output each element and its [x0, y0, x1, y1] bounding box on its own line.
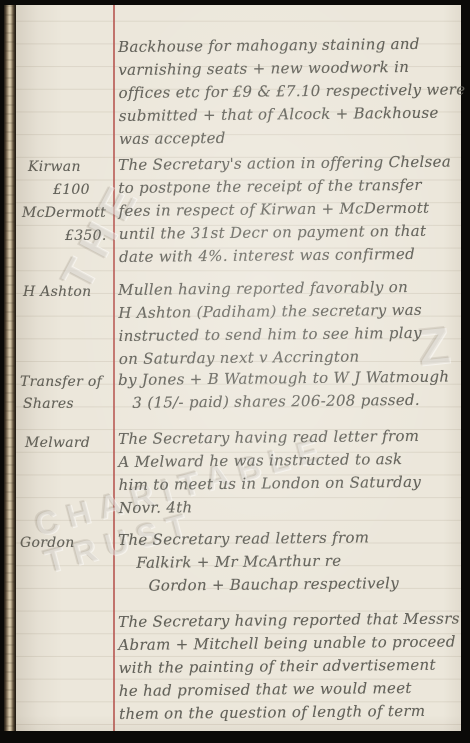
minute-line: A Melward he was instructed to ask [118, 448, 421, 474]
margin-note-kirwan: Kirwan [28, 157, 81, 177]
minute-line: by Jones + B Watmough to W J Watmough [118, 366, 449, 392]
minute-line: Novr. 4th [119, 494, 422, 520]
minute-entry-h-ashton: Mullen having reported favorably on H As… [118, 276, 423, 371]
margin-note-kirwan-amount: £100 [53, 180, 90, 200]
minute-book-page: THE CHARITABLE TRUST Z Kirwan £100 McDer… [16, 5, 461, 731]
minute-entry-kirwan-mcdermott: The Secretary's action in offering Chels… [118, 151, 452, 269]
minute-line: was accepted [119, 124, 466, 151]
minute-line: fees in respect of Kirwan + McDermott [118, 197, 451, 223]
margin-note-h-ashton: H Ashton [23, 282, 91, 302]
minute-entry-abram-mitchell: The Secretary having reported that Messr… [118, 607, 461, 726]
minute-line: The Secretary's action in offering Chels… [118, 151, 451, 177]
margin-note-melward: Melward [25, 433, 90, 453]
book-page-edges [4, 5, 16, 731]
minute-line: to postpone the receipt of the transfer [118, 174, 451, 200]
margin-note-transfer-of: Transfer of [20, 372, 102, 392]
minute-line: Gordon + Bauchap respectively [148, 572, 399, 598]
margin-note-gordon: Gordon [20, 533, 75, 553]
minute-line: Falkirk + Mr McArthur re [136, 549, 399, 575]
red-margin-rule [113, 5, 115, 731]
minute-line: Mullen having reported favorably on [118, 276, 422, 302]
minute-line: date with 4%. interest was confirmed [119, 243, 452, 269]
margin-note-shares: Shares [23, 394, 74, 414]
minute-entry-gordon: The Secretary read letters from Falkirk … [118, 526, 399, 598]
minute-line: them on the question of length of term [119, 699, 461, 726]
minute-entry-melward: The Secretary having read letter from A … [118, 425, 421, 520]
minute-line: The Secretary having read letter from [118, 425, 421, 451]
minute-entry-backhouse: Backhouse for mahogany staining and varn… [118, 32, 466, 151]
minute-line: him to meet us in London on Saturday [118, 471, 421, 497]
minute-book-photo: THE CHARITABLE TRUST Z Kirwan £100 McDer… [0, 0, 470, 743]
minute-line: The Secretary read letters from [118, 526, 399, 552]
minute-entry-transfer-of-shares: by Jones + B Watmough to W J Watmough 3 … [118, 366, 450, 415]
minute-line: submitted + that of Alcock + Backhouse [119, 101, 466, 128]
margin-note-mcdermott: McDermott [22, 203, 106, 223]
minute-line: 3 (15/- paid) shares 206-208 passed. [132, 389, 449, 415]
minute-line: H Ashton (Padiham) the secretary was [118, 299, 422, 325]
margin-note-mcdermott-amount: £350. [65, 226, 107, 246]
minute-line: until the 31st Decr on payment on that [119, 220, 452, 246]
minute-line: instructed to send him to see him play [118, 322, 422, 348]
minute-line: Backhouse for mahogany staining and [118, 32, 465, 59]
